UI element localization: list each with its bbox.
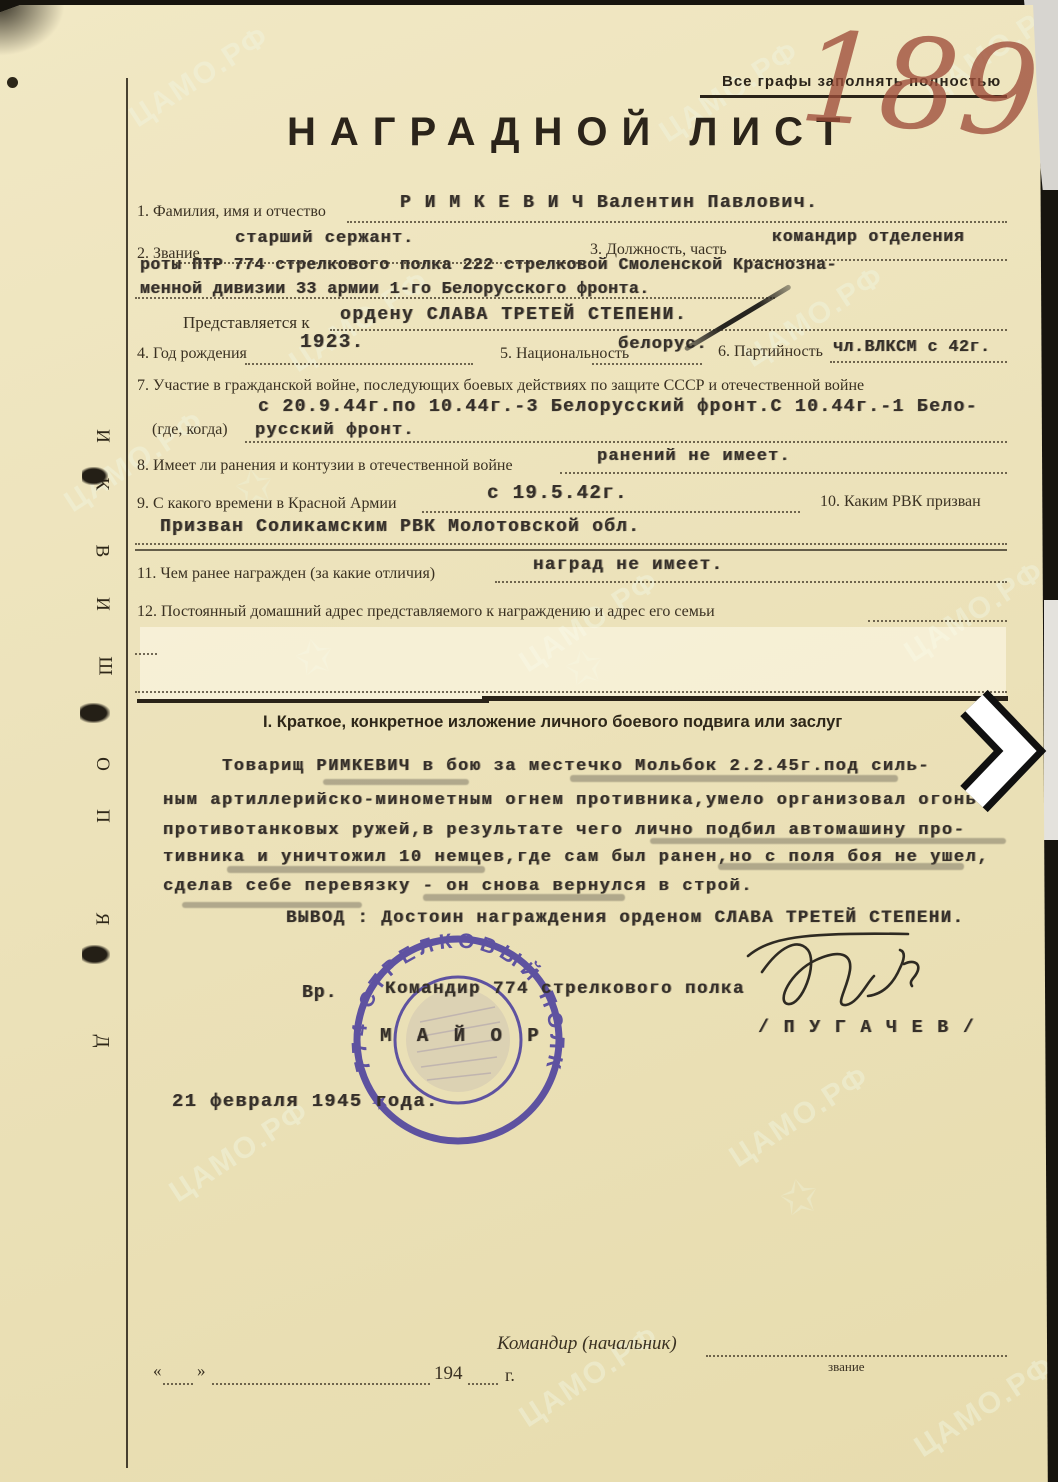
field-7-value: русский фронт.: [255, 421, 415, 440]
margin-letter: Д: [90, 1035, 112, 1048]
hole-punch: [7, 77, 18, 88]
dotted-line: [135, 653, 157, 655]
field-7-sublabel: (где, когда): [152, 421, 228, 439]
field-2-value: старший сержант.: [235, 229, 414, 248]
margin-letter: И: [91, 429, 113, 443]
next-page-chevron-icon[interactable]: [940, 675, 1058, 815]
margin-letter: И: [91, 597, 113, 611]
citation-line: ным артиллерийско-минометным огнем проти…: [163, 791, 977, 810]
footer-commander-label: Командир (начальник): [497, 1333, 677, 1355]
pencil-underline: [423, 894, 625, 901]
field-12-label: 12. Постоянный домашний адрес представля…: [137, 603, 715, 621]
field-6-value: чл.ВЛКСМ с 42г.: [833, 337, 991, 356]
field-1-value: Р И М К Е В И Ч Валентин Павлович.: [400, 193, 818, 213]
dotted-line: [495, 581, 1007, 583]
margin-letter: П: [91, 809, 113, 823]
rule-line: [135, 549, 1007, 551]
pencil-underline: [570, 775, 898, 782]
watermark: ЦАМО.РФ: [724, 1059, 876, 1174]
field-3-value: роты ПТР 774 стрелкового полка 222 стрел…: [140, 255, 837, 274]
commander-signature: [740, 920, 930, 1025]
field-11-label: 11. Чем ранее награжден (за какие отличи…: [137, 565, 435, 583]
section-heading: I. Краткое, конкретное изложение личного…: [263, 713, 842, 732]
dotted-line: [422, 511, 800, 513]
pencil-underline: [718, 863, 964, 870]
present-value: ордену СЛАВА ТРЕТЕЙ СТЕПЕНИ.: [340, 305, 687, 325]
margin-letter: Я: [90, 913, 112, 926]
margin-letter: Ш: [94, 656, 116, 675]
dotted-line: [330, 329, 1007, 331]
date-line: 21 февраля 1945 года.: [172, 1091, 439, 1112]
watermark-star-icon: ✩: [775, 1167, 824, 1228]
dotted-line: [468, 1383, 498, 1385]
dotted-line: [135, 297, 775, 299]
scanned-award-sheet: ЦАМО.РФ ЦАМО.РФ ЦАМО.РФ ЦАМО.РФ ЦАМО.РФ …: [0, 0, 1058, 1482]
field-4-label: 4. Год рождения: [137, 345, 247, 363]
footer-open-quote: «: [153, 1361, 162, 1381]
watermark: ЦАМО.РФ: [124, 19, 276, 134]
ink-blot: [80, 703, 110, 723]
dotted-line: [560, 472, 1007, 474]
dotted-line: [163, 1383, 193, 1385]
ink-blot: [82, 945, 110, 964]
field-10-label: 10. Каким РВК призван: [820, 493, 981, 511]
dotted-line: [135, 543, 1007, 545]
field-4-value: 1923.: [300, 331, 365, 353]
footer-rank-caption: звание: [828, 1359, 865, 1375]
margin-letter: О: [91, 757, 113, 771]
dotted-line: [592, 363, 702, 365]
field-10-value: Призван Соликамским РВК Молотовской обл.: [160, 517, 640, 537]
ink-blot: [82, 467, 108, 485]
paper-sheet: ЦАМО.РФ ЦАМО.РФ ЦАМО.РФ ЦАМО.РФ ЦАМО.РФ …: [0, 5, 1052, 1482]
field-3-value: менной дивизии 33 армии 1-го Белорусског…: [140, 279, 650, 298]
commander-line: Командир 774 стрелкового полка: [385, 979, 745, 999]
section-divider: [137, 699, 489, 703]
footer-year-prefix: 194: [434, 1363, 463, 1385]
field-6-label: 6. Партийность: [718, 343, 823, 361]
dotted-line: [830, 361, 1007, 363]
section-divider: [482, 696, 1008, 701]
field-5-label: 5. Национальность: [500, 345, 629, 363]
margin-letter: В: [90, 545, 112, 558]
field-9-value: с 19.5.42г.: [487, 482, 628, 504]
dotted-line: [135, 691, 1007, 693]
document-title: НАГРАДНОЙ ЛИСТ: [287, 110, 854, 155]
footer-close-quote: »: [197, 1361, 206, 1381]
field-1-label: 1. Фамилия, имя и отчество: [137, 203, 326, 221]
scan-corner-shadow: [0, 5, 70, 60]
field-3-value: командир отделения: [772, 227, 965, 246]
dotted-line: [212, 1383, 430, 1385]
handwritten-sheet-number: 189: [796, 15, 1043, 156]
pencil-underline: [227, 866, 485, 873]
pencil-underline: [650, 838, 1006, 844]
field-7-value: с 20.9.44г.по 10.44г.-3 Белорусский фрон…: [258, 397, 978, 417]
dotted-line: [245, 441, 1007, 443]
dotted-line: [706, 1355, 1007, 1357]
field-7-label: 7. Участие в гражданской войне, последую…: [137, 377, 864, 395]
footer-year-suffix: г.: [505, 1365, 515, 1386]
pencil-underline: [323, 779, 469, 785]
watermark: ЦАМО.РФ: [909, 1349, 1058, 1464]
citation-line: Товарищ РИМКЕВИЧ в бою за местечко Мольб…: [222, 757, 930, 776]
left-margin-rule: [126, 78, 128, 1468]
present-label: Представляется к: [183, 313, 310, 333]
commander-prefix: Вр.: [302, 983, 337, 1003]
dotted-line: [245, 363, 473, 365]
commander-rank: М А Й О Р: [380, 1025, 546, 1047]
dotted-line: [868, 620, 1007, 622]
field-8-value: ранений не имеет.: [597, 447, 791, 466]
blank-address-area: [140, 627, 1006, 699]
dotted-line: [347, 221, 1007, 223]
field-8-label: 8. Имеет ли ранения и контузии в отечест…: [137, 457, 513, 475]
field-11-value: наград не имеет.: [533, 555, 723, 575]
field-9-label: 9. С какого времени в Красной Армии: [137, 495, 397, 513]
